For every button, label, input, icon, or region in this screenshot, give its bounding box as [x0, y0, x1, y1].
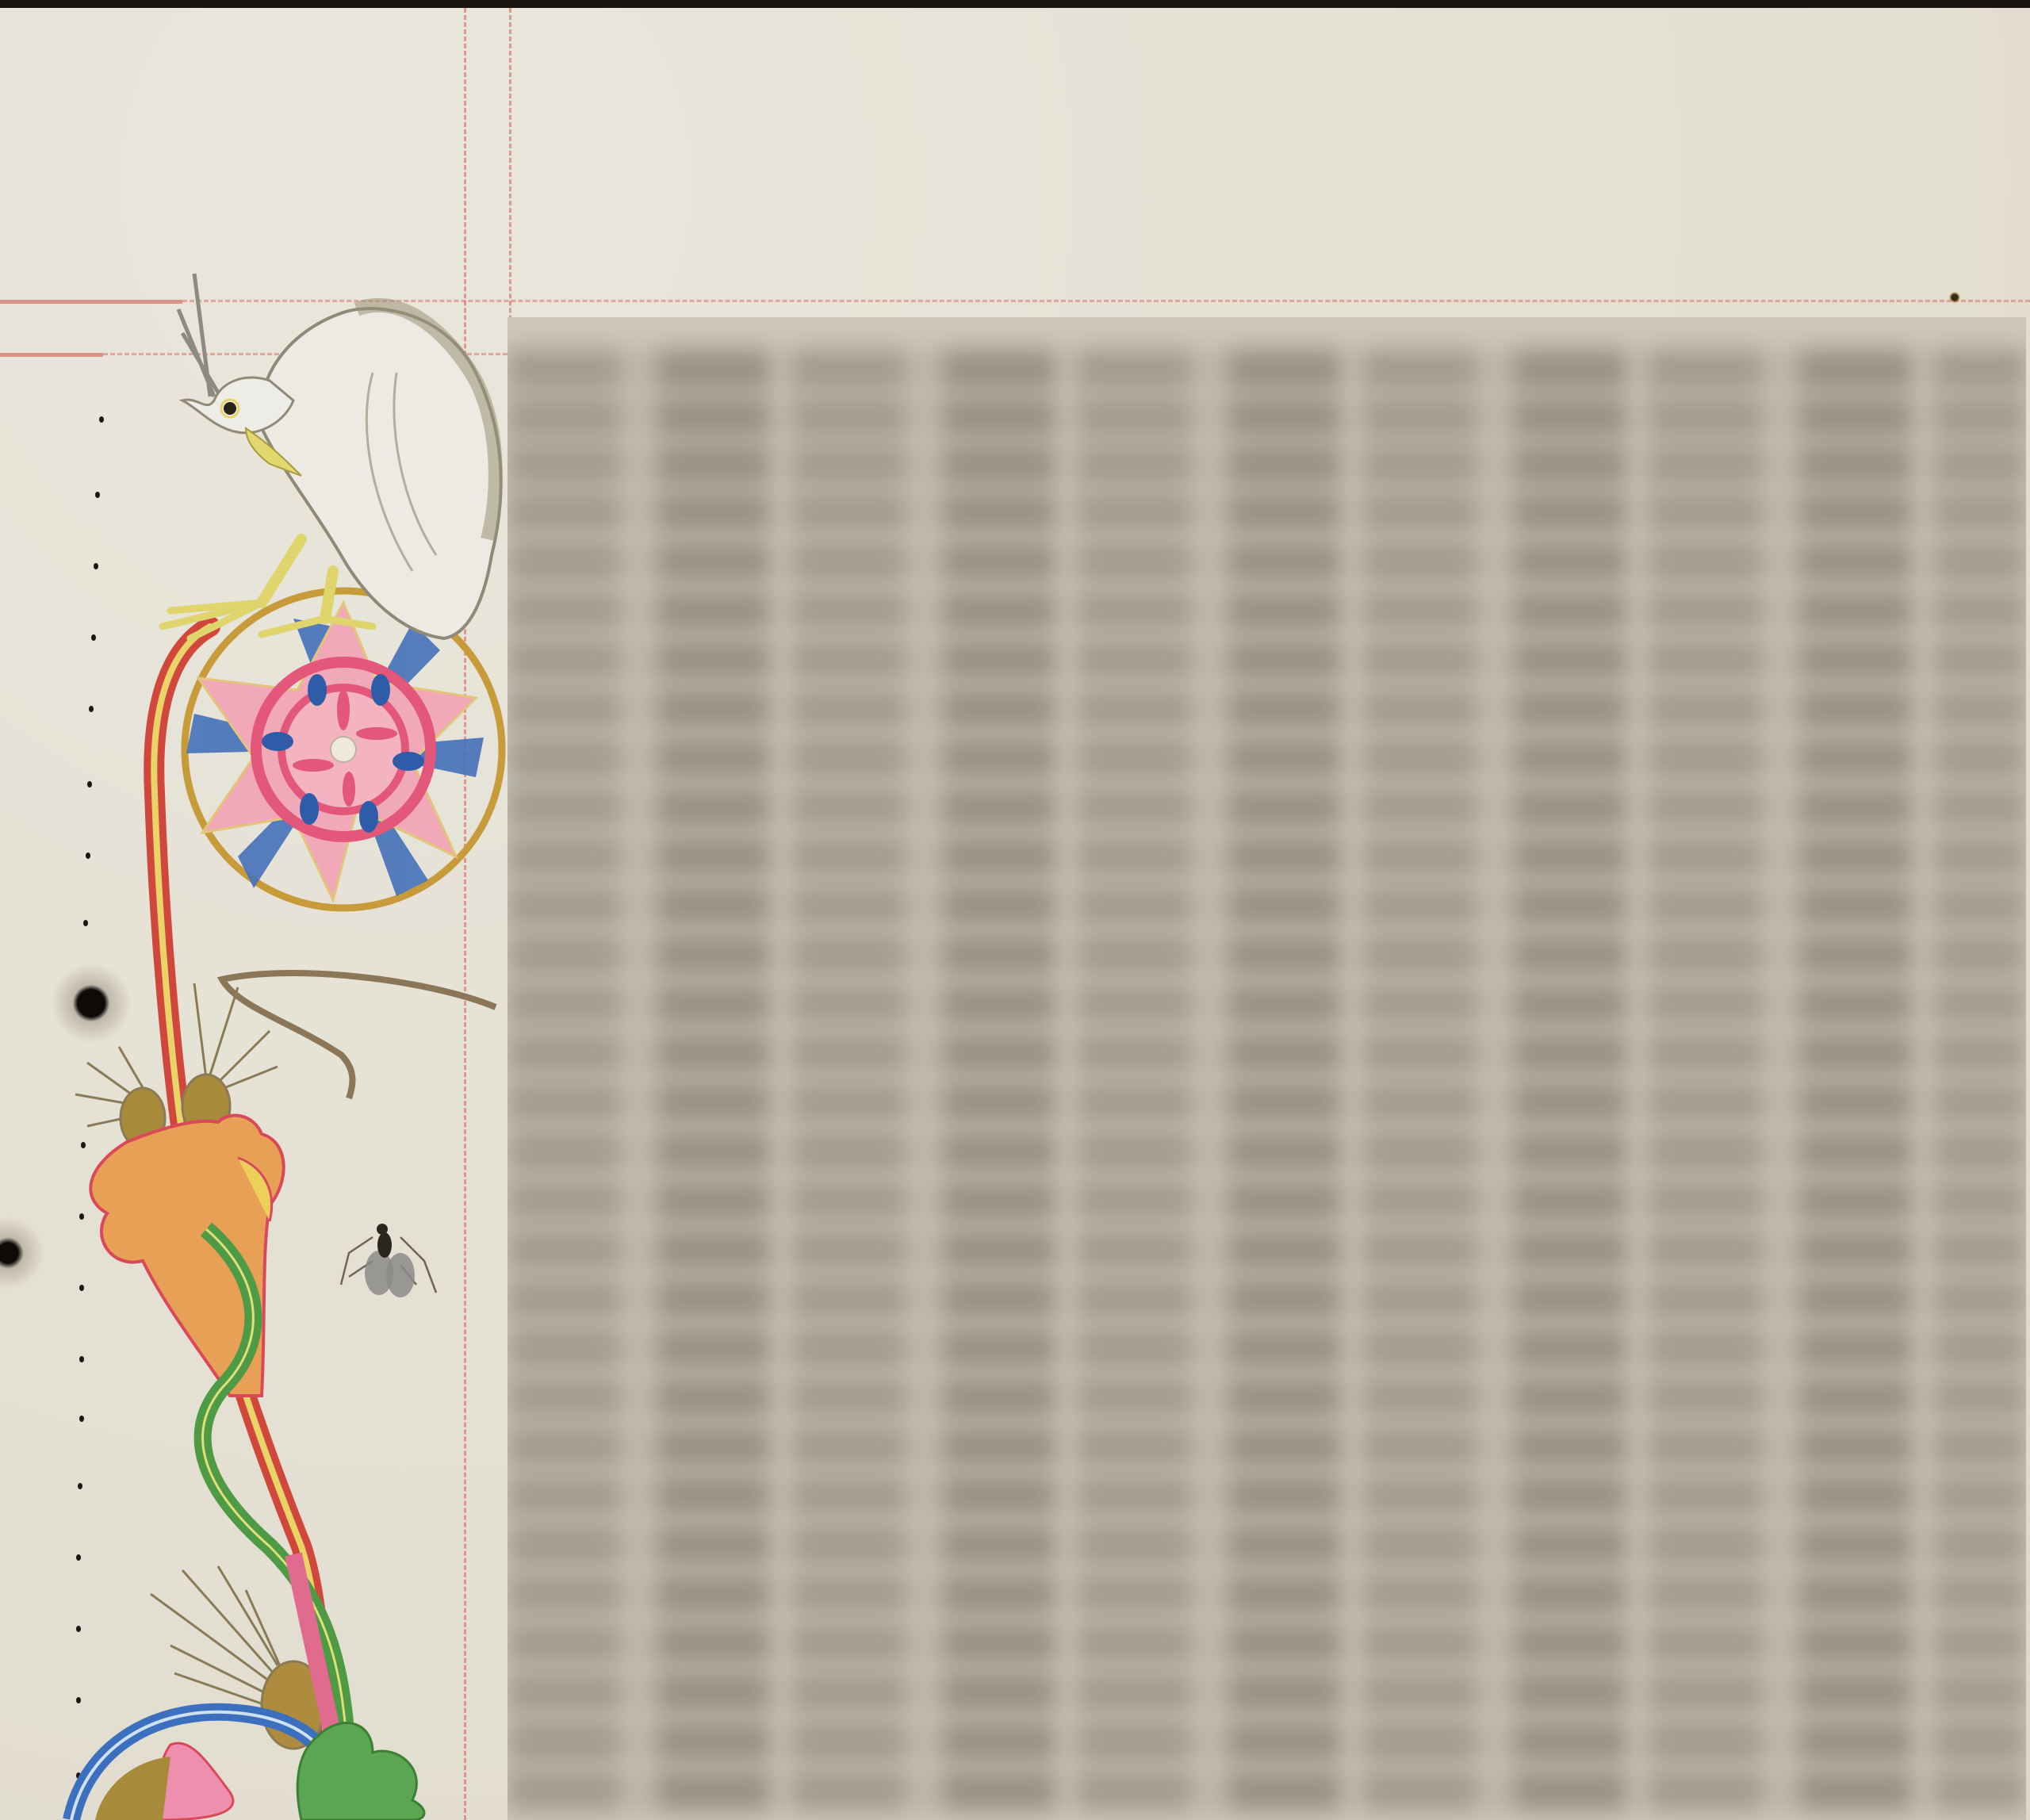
- border-illumination: [0, 0, 555, 1820]
- stain-spot: [1949, 292, 1960, 303]
- fly-icon: [341, 1224, 436, 1297]
- manuscript-page: [0, 0, 2030, 1820]
- text-block: [507, 317, 2026, 1820]
- bird-icon: [163, 274, 501, 638]
- green-leaves-icon: [297, 1723, 424, 1820]
- penwork-flourish-icon: [222, 973, 496, 1098]
- pink-bud-icon: [157, 1743, 233, 1820]
